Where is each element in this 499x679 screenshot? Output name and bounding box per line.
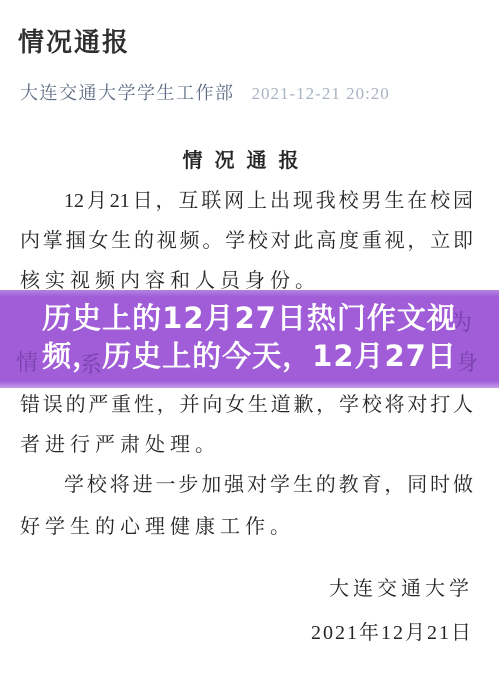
signature: 大连交通大学 [0,576,499,602]
date-line: 2021年12月21日 [0,620,499,646]
overlay-banner: 情 系 为 身 历史上的12月27日热门作文视 频，历史上的今天，12月27日 [0,290,499,388]
article-title: 情况通报 [18,22,130,59]
doc-title: 情况通报 [0,148,499,174]
doc-line: 内掌掴女生的视频。学校对此高度重视，立即 [0,228,499,254]
doc-line: 者进行严肃处理。 [0,432,499,458]
article-page: 情况通报 大连交通大学学生工作部 2021-12-21 20:20 情况通报 1… [0,0,499,679]
doc-line: 学校将进一步加强对学生的教育，同时做 [0,472,499,498]
byline-source[interactable]: 大连交通大学学生工作部 [20,83,235,103]
byline-timestamp: 2021-12-21 20:20 [252,84,390,103]
doc-line: 错误的严重性，并向女生道歉，学校将对打人 [0,392,499,418]
byline: 大连交通大学学生工作部 2021-12-21 20:20 [20,79,390,105]
doc-line: 12月21日，互联网上出现我校男生在校园 [0,188,499,214]
doc-line: 好学生的心理健康工作。 [0,514,499,540]
overlay-title-line2: 频，历史上的今天，12月27日 [0,337,499,375]
overlay-title-line1: 历史上的12月27日热门作文视 [0,299,499,337]
